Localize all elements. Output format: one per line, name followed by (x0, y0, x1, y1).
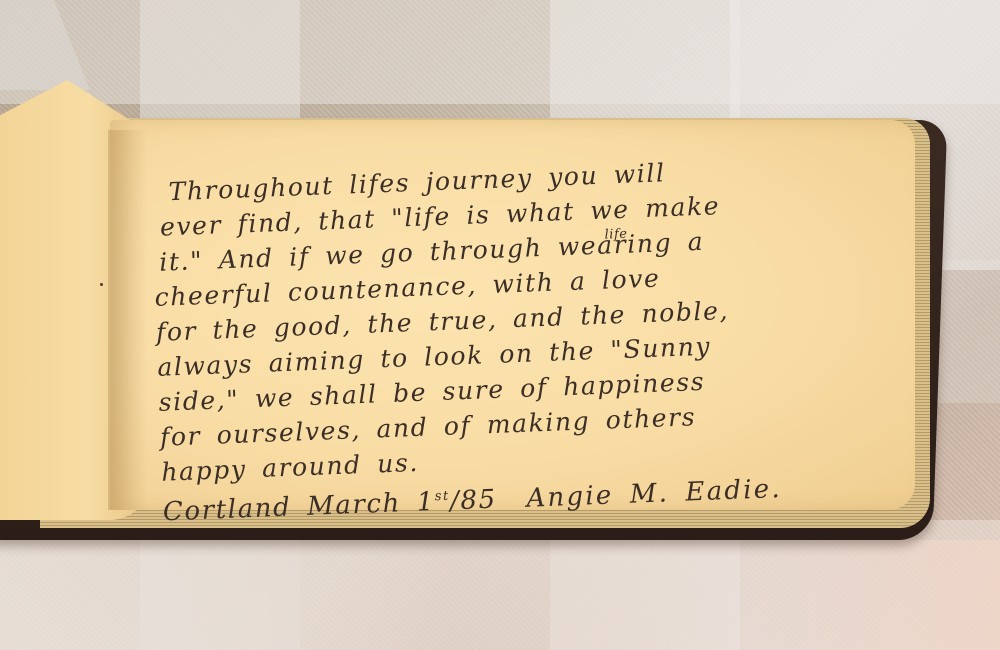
signature-date: March 1 (307, 487, 436, 522)
fabric-light-check (0, 540, 1000, 650)
signature-year: /85 (449, 485, 497, 517)
signature-date-suffix: st (434, 489, 450, 505)
signature-place: Cortland (162, 492, 291, 527)
handwritten-inscription: Throughout lifes journey you will ever f… (150, 146, 923, 525)
inserted-word: life (604, 227, 627, 243)
ink-dot (100, 283, 103, 286)
page-gutter (108, 130, 148, 510)
